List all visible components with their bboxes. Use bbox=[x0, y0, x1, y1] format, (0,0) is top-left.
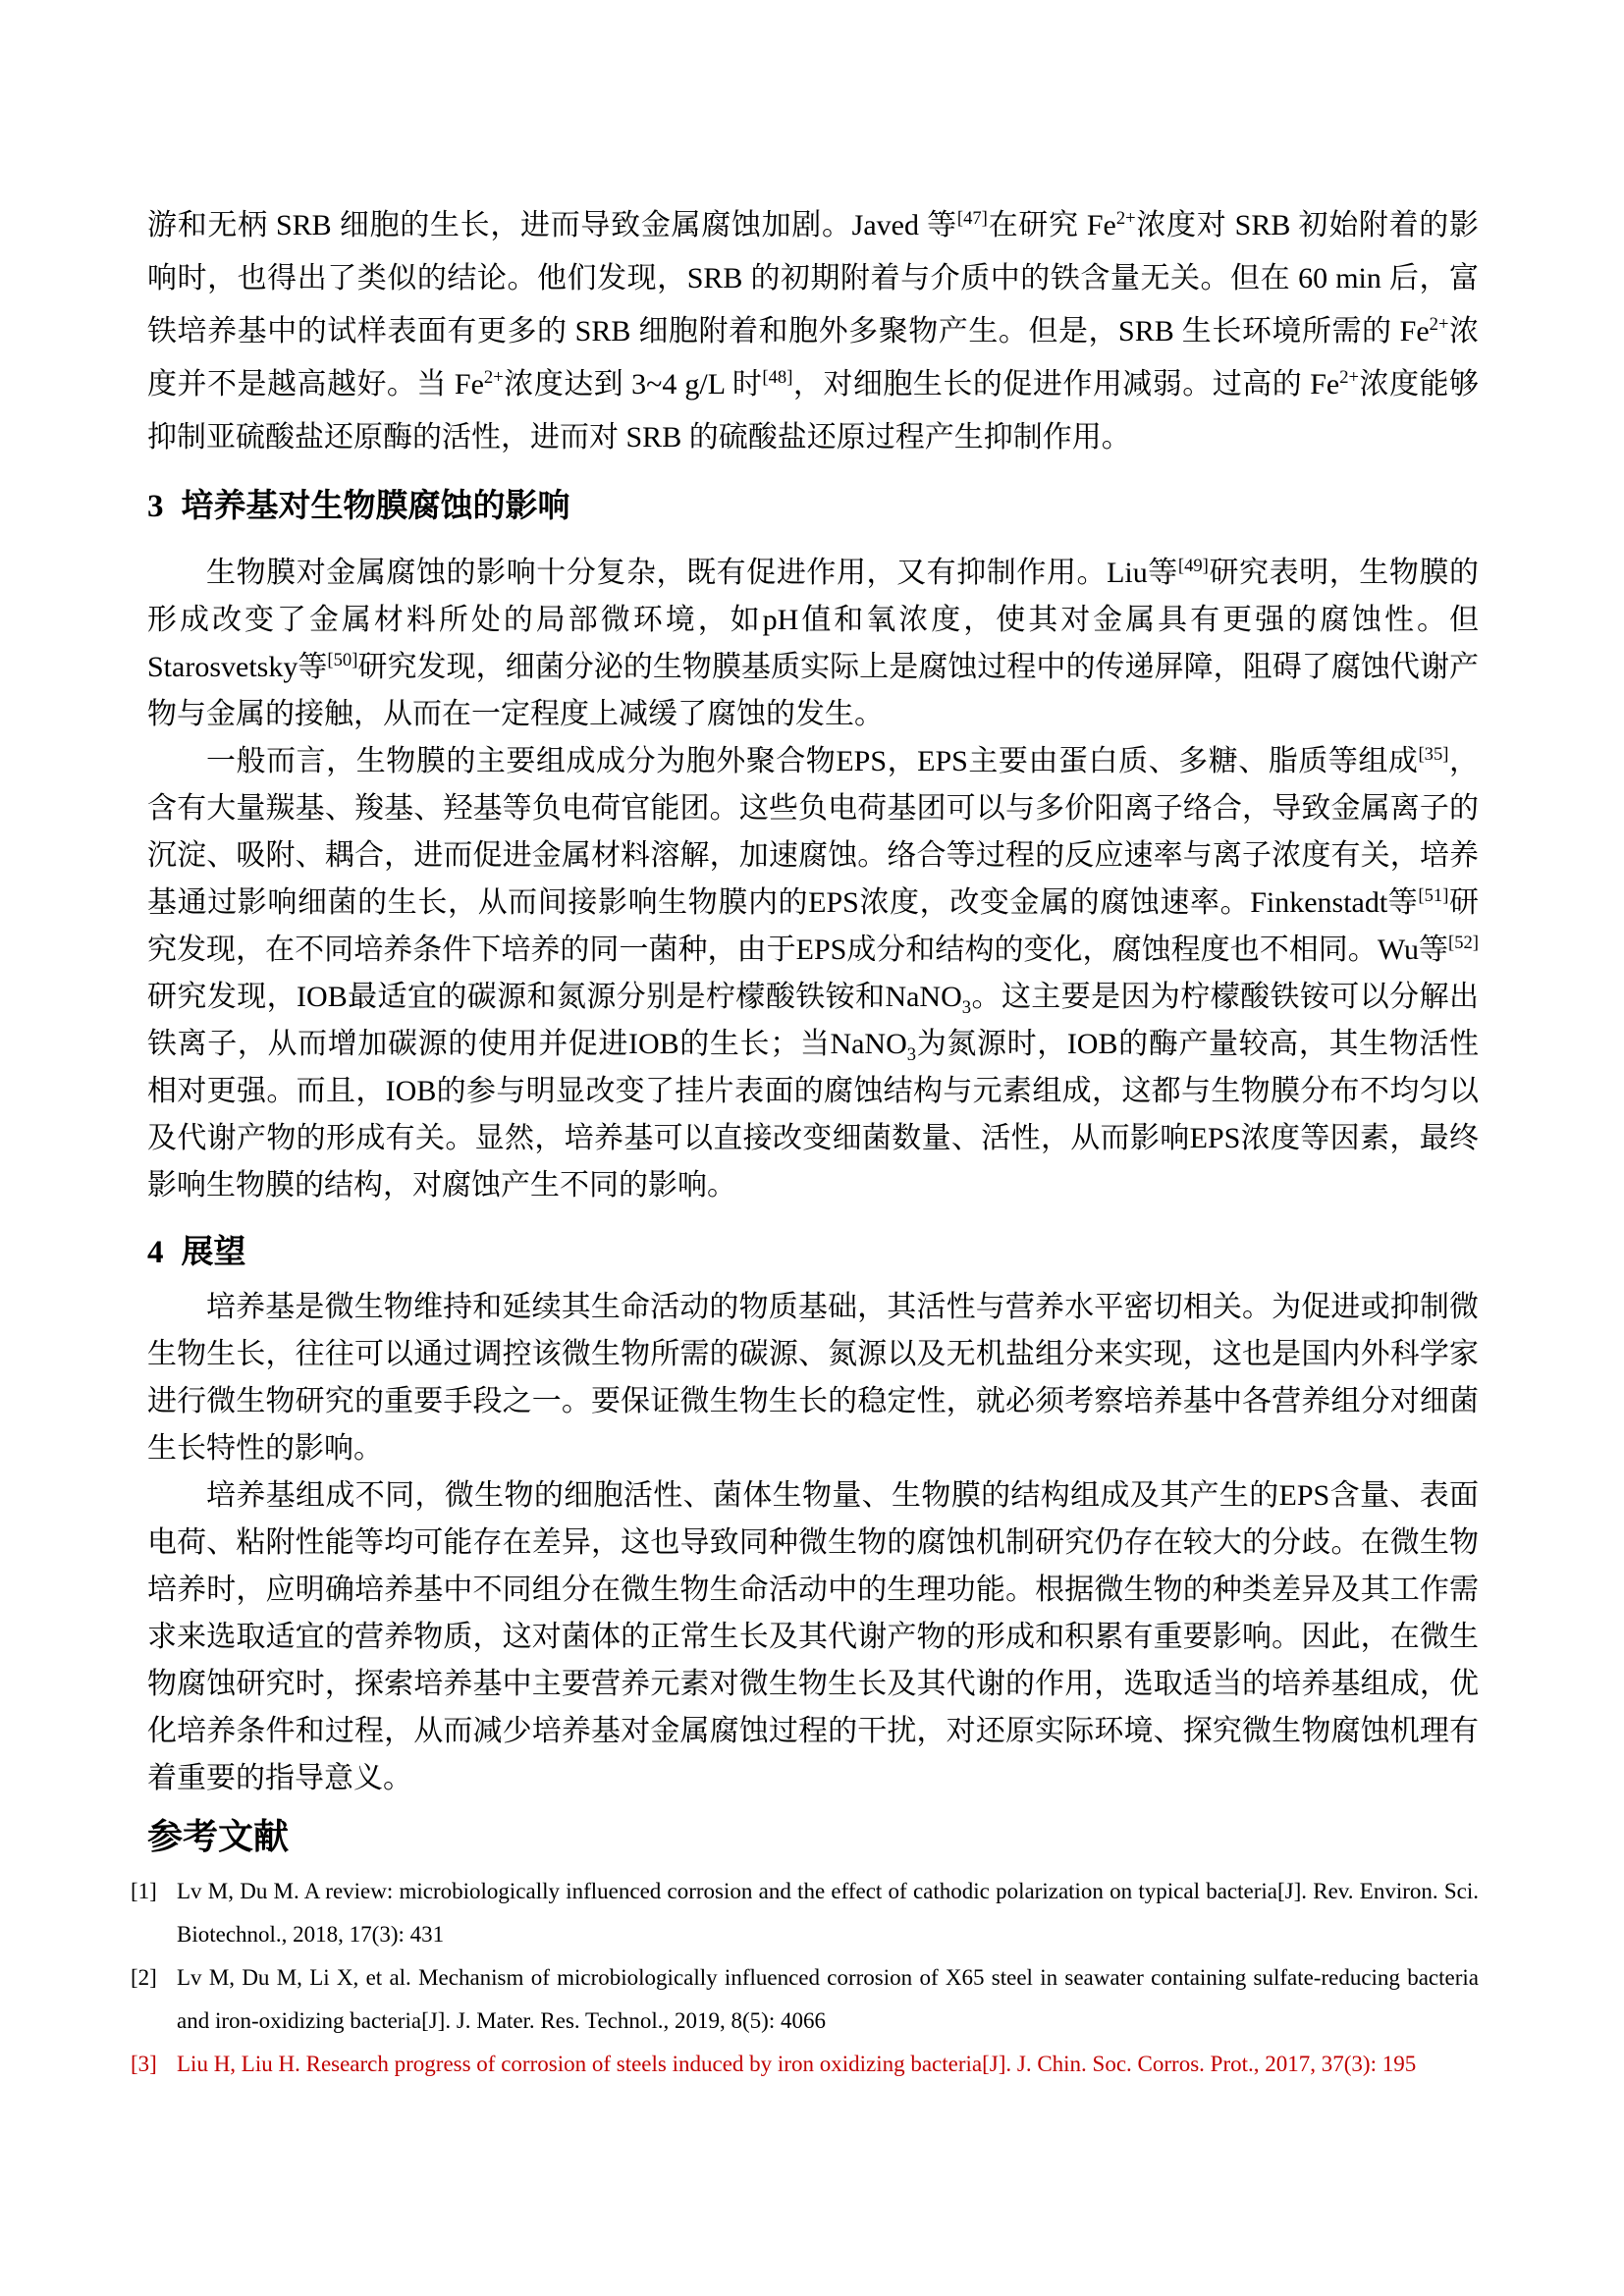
reference-text: Lv M, Du M. A review: microbiologically … bbox=[177, 1879, 1479, 1947]
reference-label: [1] bbox=[131, 1870, 157, 1913]
section-3-paragraph-2: 一般而言，生物膜的主要组成成分为胞外聚合物EPS，EPS主要由蛋白质、多糖、脂质… bbox=[147, 738, 1479, 1209]
section-4-number: 4 bbox=[147, 1235, 164, 1270]
reference-text: Lv M, Du M, Li X, et al. Mechanism of mi… bbox=[177, 1965, 1479, 2033]
section-3-number: 3 bbox=[147, 489, 164, 524]
body-paragraph-intro: 游和无柄 SRB 细胞的生长，进而导致金属腐蚀加剧。Javed 等[47]在研究… bbox=[147, 199, 1479, 464]
section-3-paragraph-1: 生物膜对金属腐蚀的影响十分复杂，既有促进作用，又有抑制作用。Liu等[49]研究… bbox=[147, 550, 1479, 738]
references-list: [1] Lv M, Du M. A review: microbiologica… bbox=[131, 1870, 1479, 2086]
section-3-title: 培养基对生物膜腐蚀的影响 bbox=[182, 487, 570, 523]
reference-text: Liu H, Liu H. Research progress of corro… bbox=[177, 2052, 1416, 2076]
paper-page: 游和无柄 SRB 细胞的生长，进而导致金属腐蚀加剧。Javed 等[47]在研究… bbox=[0, 0, 1624, 2296]
section-4-paragraph-1: 培养基是微生物维持和延续其生命活动的物质基础，其活性与营养水平密切相关。为促进或… bbox=[147, 1284, 1479, 1472]
reference-item: [1] Lv M, Du M. A review: microbiologica… bbox=[131, 1870, 1479, 1956]
reference-item: [3] Liu H, Liu H. Research progress of c… bbox=[131, 2043, 1479, 2086]
reference-label: [2] bbox=[131, 1956, 157, 2000]
section-4-paragraph-2: 培养基组成不同，微生物的细胞活性、菌体生物量、生物膜的结构组成及其产生的EPS含… bbox=[147, 1472, 1479, 1802]
reference-label: [3] bbox=[131, 2043, 157, 2086]
page-content: 游和无柄 SRB 细胞的生长，进而导致金属腐蚀加剧。Javed 等[47]在研究… bbox=[147, 0, 1479, 2086]
reference-item: [2] Lv M, Du M, Li X, et al. Mechanism o… bbox=[131, 1956, 1479, 2043]
section-4-heading: 4展望 bbox=[147, 1230, 1479, 1274]
section-3-heading: 3培养基对生物膜腐蚀的影响 bbox=[147, 484, 1479, 528]
references-heading: 参考文献 bbox=[147, 1814, 1479, 1859]
section-4-title: 展望 bbox=[182, 1233, 246, 1269]
